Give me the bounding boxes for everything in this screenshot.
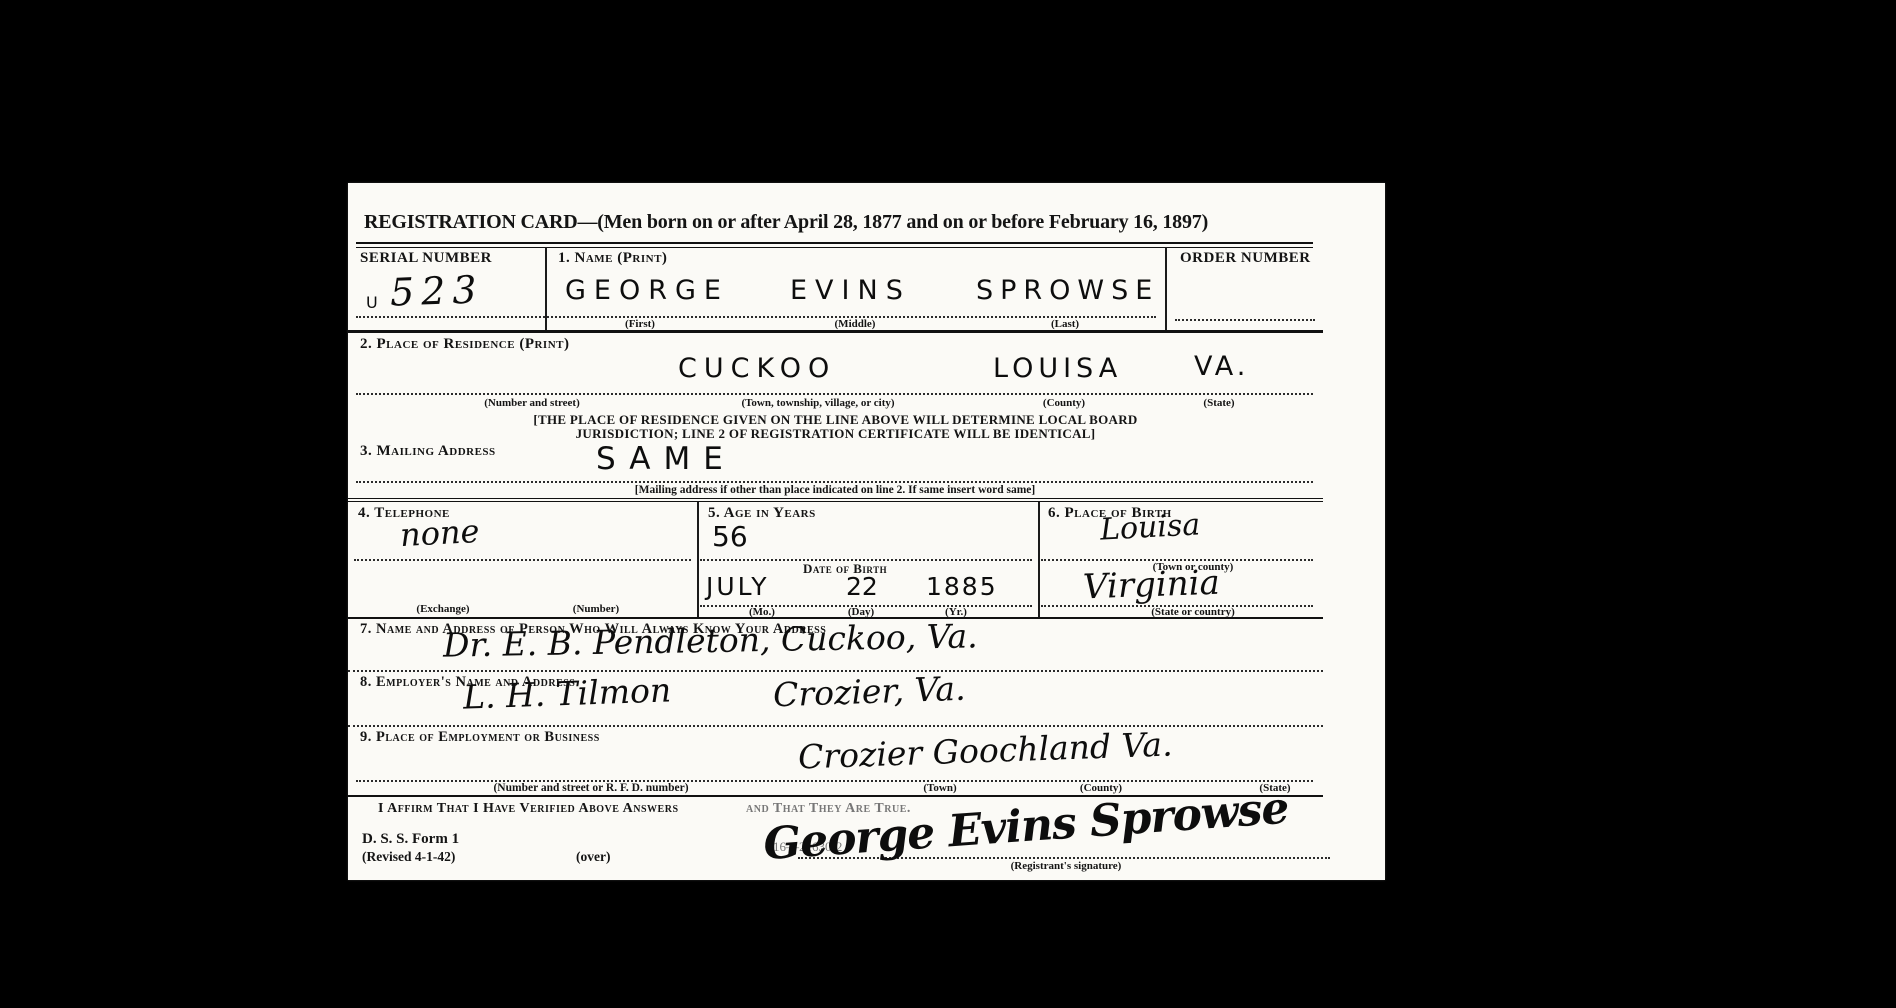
dotted-line — [356, 316, 1156, 318]
over-note: (over) — [576, 849, 610, 865]
employer-name-value: L. H. Tilmon — [462, 670, 671, 716]
age-value: 56 — [712, 520, 748, 553]
residence-caption-town: (Town, township, village, or city) — [741, 397, 894, 409]
number-caption: (Number) — [573, 603, 619, 615]
residence-label: 2. Place of Residence (Print) — [360, 336, 569, 353]
name-label: 1. Name (Print) — [558, 250, 667, 267]
exchange-caption: (Exchange) — [416, 603, 469, 615]
birth-town-value: Louisa — [1099, 507, 1201, 547]
mailing-address-label: 3. Mailing Address — [360, 443, 496, 460]
residence-state-value: VA. — [1194, 351, 1249, 382]
residence-caption-state: (State) — [1203, 397, 1234, 409]
residence-caption-county: (County) — [1043, 397, 1085, 409]
residence-county-value: LOUISA — [993, 353, 1122, 384]
divider — [697, 502, 699, 617]
affirmation-strong: I Affirm That I Have Verified Above Answ… — [378, 801, 679, 817]
employment-label: 9. Place of Employment or Business — [360, 729, 600, 746]
birth-state-caption: (State or country) — [1151, 606, 1235, 618]
order-number-label: ORDER NUMBER — [1180, 250, 1311, 267]
first-name-value: GEORGE — [565, 275, 729, 306]
first-caption: (First) — [625, 318, 655, 330]
employment-section: 9. Place of Employment or Business Crozi… — [348, 727, 1323, 797]
employment-value: Crozier Goochland Va. — [797, 724, 1173, 776]
day-caption: (Day) — [848, 606, 874, 618]
month-caption: (Mo.) — [749, 606, 775, 618]
card-title: REGISTRATION CARD—(Men born on or after … — [364, 211, 1208, 234]
residence-section: 2. Place of Residence (Print) CUCKOO LOU… — [348, 333, 1323, 502]
employer-address-value: Crozier, Va. — [772, 669, 966, 715]
form-number: D. S. S. Form 1 — [362, 831, 459, 848]
contact-section: 7. Name and Address of Person Who Will A… — [348, 619, 1323, 672]
registration-card: REGISTRATION CARD—(Men born on or after … — [348, 183, 1385, 880]
divider — [1165, 247, 1167, 330]
order-number-blank-line — [1175, 319, 1315, 321]
employment-caption-town: (Town) — [923, 782, 956, 794]
mailing-address-value: SAME — [596, 441, 736, 477]
phone-age-birth-section: 4. Telephone none (Exchange) (Number) 5.… — [348, 502, 1323, 619]
last-name-value: SPROWSE — [976, 275, 1159, 306]
birth-day-value: 22 — [846, 572, 878, 601]
employment-caption-street: (Number and street or R. F. D. number) — [493, 782, 688, 794]
board-notice-line2: JURISDICTION; LINE 2 OF REGISTRATION CER… — [348, 426, 1323, 442]
residence-town-value: CUCKOO — [678, 353, 836, 384]
dotted-line — [356, 393, 1313, 395]
divider — [1038, 502, 1040, 617]
mailing-caption: [Mailing address if other than place ind… — [635, 484, 1035, 496]
telephone-value: none — [399, 512, 480, 554]
employment-caption-county: (County) — [1080, 782, 1122, 794]
residence-caption-street: (Number and street) — [484, 397, 580, 409]
employer-section: 8. Employer's Name and Address L. H. Til… — [348, 672, 1323, 727]
header-row: SERIAL NUMBER 1. Name (Print) ORDER NUMB… — [348, 247, 1323, 333]
last-caption: (Last) — [1051, 318, 1079, 330]
dotted-line — [356, 481, 1313, 483]
birth-state-value: Virginia — [1082, 563, 1220, 608]
birth-year-value: 1885 — [926, 572, 998, 601]
birth-month-value: JULY — [706, 572, 770, 601]
middle-name-value: EVINS — [790, 275, 911, 306]
dotted-line — [354, 559, 691, 561]
serial-number-label: SERIAL NUMBER — [360, 250, 492, 267]
serial-number-value: 523 — [389, 267, 484, 314]
serial-prefix-value: U — [366, 293, 378, 312]
contact-value: Dr. E. B. Pendleton, Cuckoo, Va. — [443, 616, 978, 664]
middle-caption: (Middle) — [835, 318, 876, 330]
form-revision: (Revised 4-1-42) — [362, 849, 455, 865]
scanned-page: { "page": {"background": "#000000"}, "ca… — [0, 0, 1896, 1008]
signature-caption: (Registrant's signature) — [1011, 860, 1122, 872]
